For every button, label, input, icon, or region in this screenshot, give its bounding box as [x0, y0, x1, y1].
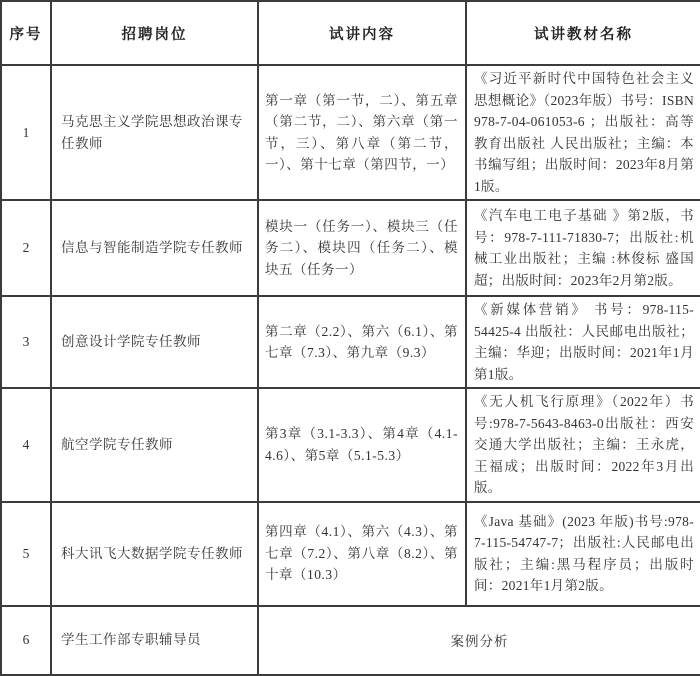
- table-row: 2 信息与智能制造学院专任教师 模块一（任务一）、模块三（任务二）、模块四（任务…: [1, 200, 700, 296]
- header-cell-position: 招聘岗位: [51, 1, 258, 65]
- table-row: 5 科大讯飞大数据学院专任教师 第四章（4.1）、第六（4.3）、第七章（7.2…: [1, 502, 700, 606]
- recruitment-lecture-table: 序号 招聘岗位 试讲内容 试讲教材名称 1 马克思主义学院思想政治课专任教师 第…: [0, 0, 700, 676]
- position-cell: 科大讯飞大数据学院专任教师: [51, 502, 258, 606]
- table-row: 1 马克思主义学院思想政治课专任教师 第一章（第一节，二）、第五章（第二节，二）…: [1, 65, 700, 200]
- merged-assessment-cell: 案例分析: [258, 606, 700, 675]
- row-number: 2: [1, 200, 51, 296]
- row-number: 4: [1, 388, 51, 502]
- position-cell: 马克思主义学院思想政治课专任教师: [51, 65, 258, 200]
- row-number: 3: [1, 296, 51, 388]
- position-cell: 信息与智能制造学院专任教师: [51, 200, 258, 296]
- content-cell: 第二章（2.2）、第六（6.1）、第七章（7.3）、第九章（9.3）: [258, 296, 466, 388]
- textbook-cell: 《Java 基础》(2023 年版)书号:978-7-115-54747-7；出…: [466, 502, 700, 606]
- textbook-cell: 《无人机飞行原理》（2022年）书号:978-7-5643-8463-0出版社：…: [466, 388, 700, 502]
- position-cell: 学生工作部专职辅导员: [51, 606, 258, 675]
- position-cell: 创意设计学院专任教师: [51, 296, 258, 388]
- position-cell: 航空学院专任教师: [51, 388, 258, 502]
- textbook-cell: 《汽车电工电子基础 》第2版，书号：978-7-111-71830-7；出版社:…: [466, 200, 700, 296]
- header-cell-content: 试讲内容: [258, 1, 466, 65]
- content-cell: 模块一（任务一）、模块三（任务二）、模块四（任务二）、模块五（任务一）: [258, 200, 466, 296]
- content-cell: 第四章（4.1）、第六（4.3）、第七章（7.2）、第八章（8.2）、第十章（1…: [258, 502, 466, 606]
- textbook-cell: 《新媒体营销》 书号：978-115-54425-4 出版社：人民邮电出版社；主…: [466, 296, 700, 388]
- table-row: 4 航空学院专任教师 第3章（3.1-3.3）、第4章（4.1-4.6）、第5章…: [1, 388, 700, 502]
- table-row: 3 创意设计学院专任教师 第二章（2.2）、第六（6.1）、第七章（7.3）、第…: [1, 296, 700, 388]
- header-cell-no: 序号: [1, 1, 51, 65]
- row-number: 5: [1, 502, 51, 606]
- textbook-cell: 《习近平新时代中国特色社会主义思想概论》（2023年版）书号：ISBN 978-…: [466, 65, 700, 200]
- content-cell: 第3章（3.1-3.3）、第4章（4.1-4.6）、第5章（5.1-5.3）: [258, 388, 466, 502]
- row-number: 6: [1, 606, 51, 675]
- header-cell-textbook: 试讲教材名称: [466, 1, 700, 65]
- header-row: 序号 招聘岗位 试讲内容 试讲教材名称: [1, 1, 700, 65]
- row-number: 1: [1, 65, 51, 200]
- table-row: 6 学生工作部专职辅导员 案例分析: [1, 606, 700, 675]
- content-cell: 第一章（第一节，二）、第五章（第二节，二）、第六章（第一节，三）、第八章（第二节…: [258, 65, 466, 200]
